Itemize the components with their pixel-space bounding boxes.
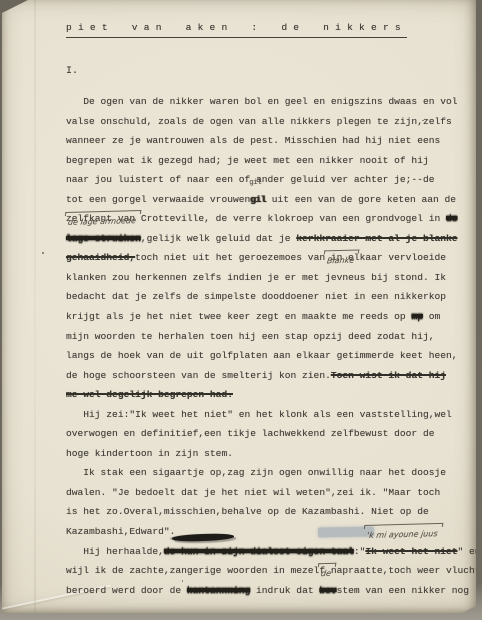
typed-text: dwalen. "Je bedoelt dat je het niet wil …	[66, 487, 440, 498]
typed-text: jevneus bij stond. Ik	[325, 272, 446, 283]
scribbled-out-text: de hun in zijn dialect eigen taal	[164, 546, 354, 557]
typed-text: krijgt als je het niet twee keer zegt en…	[66, 311, 411, 322]
typed-text: toch niet uit het geroezemoes van in elk…	[135, 252, 446, 263]
text-line: Ik stak een sigaartje op,zag zijn ogen o…	[66, 463, 468, 483]
typed-text: Kazambashi,Edward".	[66, 526, 175, 537]
typed-text: langs de hoek van de uit golfplaten aan …	[66, 350, 458, 361]
paper-speck	[42, 252, 44, 254]
typed-text: begrepen wat ik gezegd had; je weet met …	[66, 155, 429, 166]
typed-correction-above: gil	[249, 174, 261, 194]
text-line: klanken zou herkennen zelfs indien je er…	[66, 268, 468, 288]
text-line: valse onschuld, zoals de ogen van alle n…	[66, 112, 468, 132]
text-line: Hij herhaalde,de hun in zijn dialect eig…	[66, 542, 468, 562]
typed-text: Hij herhaalde,	[66, 546, 164, 557]
text-line: me wel degelijk begrepen had.	[66, 385, 468, 405]
typed-text: Ik stak een sigaartje op,zag zijn ogen o…	[66, 467, 446, 478]
typescript-body: De ogen van de nikker waren bol en geel …	[66, 92, 468, 600]
text-line: mijn woorden te herhalen toen hij een st…	[66, 327, 468, 347]
typed-text: ,gelijk welk geluid dat je	[141, 233, 296, 244]
typed-text: " en ter-	[458, 546, 482, 557]
text-line: bedacht dat je zelfs de simpelste dooddo…	[66, 287, 468, 307]
struck-text: Ik weet het niet	[365, 546, 457, 557]
handwritten-note: 'k mi ayoune juus	[362, 523, 443, 546]
scribbled-out-text: bev	[319, 585, 336, 596]
typed-text: overwogen en definitief,een tikje lachwe…	[66, 428, 434, 439]
scribbled-out-text: mp	[411, 311, 423, 322]
handwritten-note: de	[316, 563, 337, 584]
text-line: wanneer ze je wantrouwen als de pest. Mi…	[66, 131, 468, 151]
typed-text: mijn woorden te herhalen toen hij een st…	[66, 331, 434, 342]
text-line: hoge kindertoon in zijn stem.	[66, 444, 468, 464]
text-line: wijl ik de zachte,zangerige woorden in m…	[66, 561, 468, 581]
text-line: dwalen. "Je bedoelt dat je het niet wil …	[66, 483, 468, 503]
typed-text: stem van een nikker nog	[337, 585, 469, 596]
text-line: begrepen wat ik gezegd had; je weet met …	[66, 151, 468, 171]
typed-text: beroerd werd door de	[66, 585, 187, 596]
typed-text: valse onschuld, zoals de ogen van alle n…	[66, 116, 452, 127]
typed-text: om	[423, 311, 440, 322]
handwritten-note: de lage armoede	[63, 210, 142, 233]
text-line: naar jou luistert of naar een of ander g…	[66, 170, 468, 190]
text-line: gehaaidheid,toch niet uit het geroezemoe…	[66, 248, 468, 268]
typed-text: De ogen van de nikker waren bol en geel …	[66, 96, 458, 107]
text-line: tot een gorgel verwaaide vrouwengilgil u…	[66, 190, 468, 210]
typed-text: wijl ik de zachte,zangerige woorden in m…	[66, 565, 482, 576]
document-title: piet van aken : de nikkers	[66, 22, 407, 38]
typed-text: tot een gorgel verwaaide vrouwen	[66, 194, 250, 205]
text-line: beroerd werd door de kantanxxing indruk …	[66, 581, 468, 601]
text-line: krijgt als je het niet twee keer zegt en…	[66, 307, 468, 327]
handwritten-note: Blanke	[322, 250, 360, 272]
typed-text: hoge kindertoon in zijn stem.	[66, 448, 233, 459]
typed-text: is het zo.Overal,misschien,behalve op de…	[66, 506, 429, 517]
text-line: de hoge schoorsteen van de smelterij kon…	[66, 366, 468, 386]
typed-text: Hij zei:"Ik weet het niet" en het klonk …	[66, 409, 452, 420]
typed-text: bedacht dat je zelfs de simpelste dooddo…	[66, 291, 446, 302]
scribbled-out-text: kantanxxing	[187, 585, 250, 596]
typed-text: indruk dat	[250, 585, 319, 596]
manuscript-paper: piet van aken : de nikkers I. De ogen va…	[2, 0, 476, 613]
overtyped-text: gil	[250, 194, 266, 205]
text-line: De ogen van de nikker waren bol en geel …	[66, 92, 468, 112]
scribbled-out-text: de	[446, 213, 458, 224]
struck-text: Toen wist ik dat hij	[331, 370, 446, 381]
typed-text: :"	[354, 546, 366, 557]
typed-text: uit een van de gore keten aan de	[266, 194, 456, 205]
text-line: overwogen en definitief,een tikje lachwe…	[66, 424, 468, 444]
typed-text: de hoge schoorsteen van de smelterij kon…	[66, 370, 331, 381]
typed-text: klanken zou herkennen zelfs indien je er…	[66, 272, 325, 283]
struck-text: me wel degelijk begrepen had.	[66, 389, 233, 400]
text-line: de lage armoedelage struiken,gelijk welk…	[66, 229, 468, 249]
text-line: Hij zei:"Ik weet het niet" en het klonk …	[66, 405, 468, 425]
typed-text: wanneer ze je wantrouwen als de pest. Mi…	[66, 135, 440, 146]
section-marker: I.	[66, 66, 78, 77]
scribbled-out-text: lage struiken	[66, 233, 141, 244]
struck-text: gehaaidheid,	[66, 252, 135, 263]
text-line: is het zo.Overal,misschien,behalve op de…	[66, 502, 468, 522]
struck-text: kerkkraaier met al je blanke	[296, 233, 457, 244]
text-line: langs de hoek van de uit golfplaten aan …	[66, 346, 468, 366]
